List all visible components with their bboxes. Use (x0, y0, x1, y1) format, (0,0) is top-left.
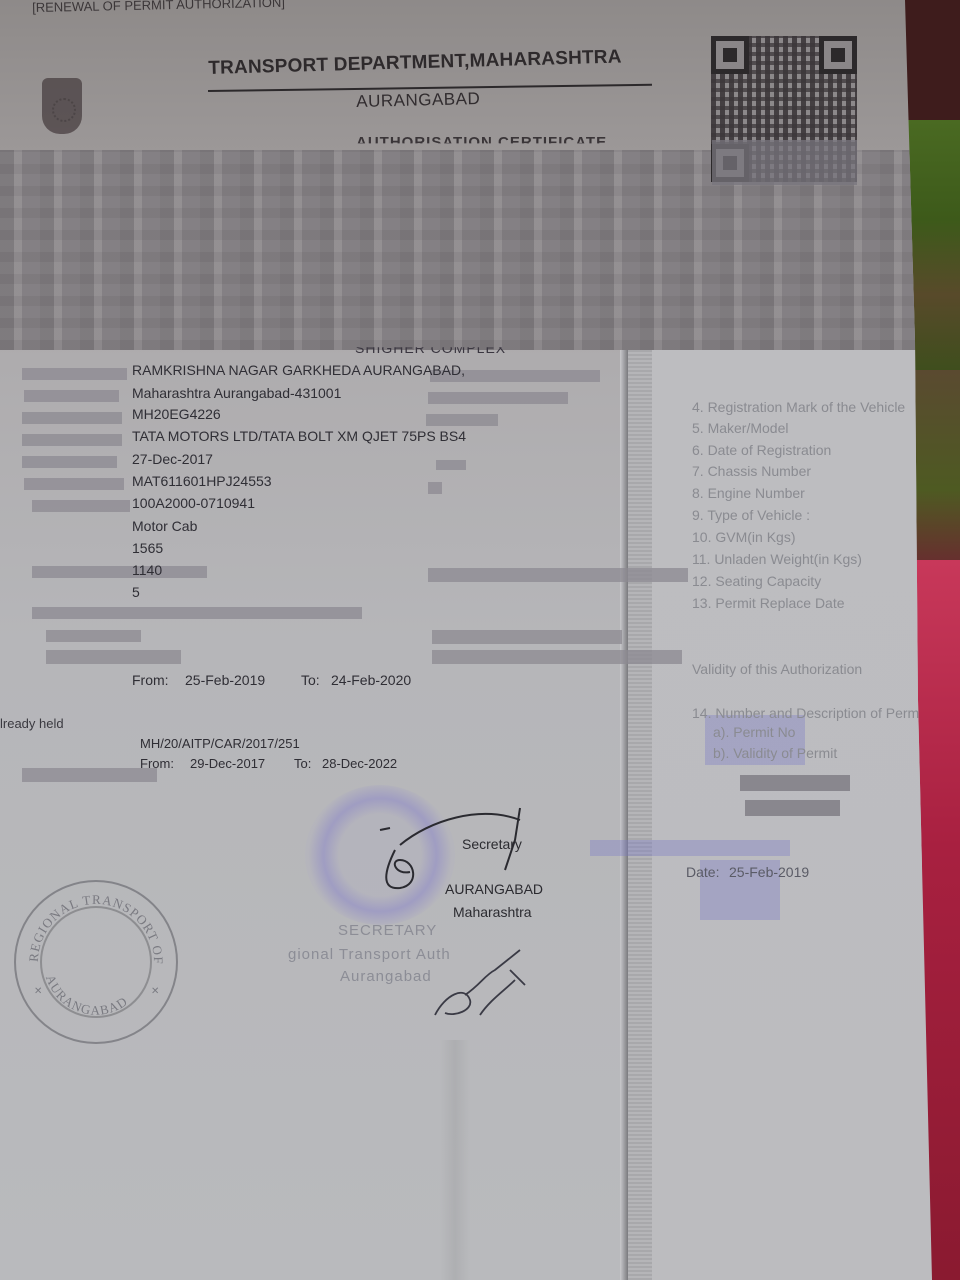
already-held-label: lready held (0, 716, 64, 731)
svg-text:REGIONAL TRANSPORT OFFICE: REGIONAL TRANSPORT OFFICE (16, 882, 166, 965)
permit-to-label: To: (294, 756, 311, 771)
background-dark (900, 0, 960, 135)
auth-to-date: 24-Feb-2020 (331, 672, 411, 688)
auth-from-label: From: (132, 672, 169, 688)
unladen-weight-value: 1140 (132, 562, 162, 578)
permit-from-label: From: (140, 756, 174, 771)
state-emblem-icon (42, 78, 82, 134)
redacted-text (740, 775, 850, 791)
stamp-city: Aurangabad (340, 968, 432, 985)
redacted-label (24, 390, 119, 402)
redacted-text (426, 414, 498, 426)
redacted-label (46, 650, 181, 664)
department-title: TRANSPORT DEPARTMENT,MAHARASHTRA (208, 46, 622, 80)
auth-from-date: 25-Feb-2019 (185, 672, 265, 688)
redacted-label (22, 368, 127, 380)
permit-from-date: 29-Dec-2017 (190, 756, 265, 771)
label-vehicle-type: 9. Type of Vehicle : (692, 507, 810, 523)
signatory-state: Maharashtra (453, 904, 532, 920)
registration-date-value: 27-Dec-2017 (132, 451, 213, 467)
secretary-title: Secretary (462, 836, 522, 852)
initials-signature-icon (425, 945, 535, 1025)
redacted-stamp (590, 840, 790, 856)
gvm-value: 1565 (132, 540, 163, 556)
paper-fold-band (628, 350, 652, 1280)
redacted-text (432, 650, 682, 664)
redacted-label (22, 768, 157, 782)
rto-seal-icon: REGIONAL TRANSPORT OFFICE AURANGABAD ✕ ✕ (14, 880, 178, 1044)
redacted-label (46, 630, 141, 642)
label-registration-date: 6. Date of Registration (692, 442, 831, 458)
stamp-secretary: SECRETARY (338, 922, 437, 939)
label-unladen-weight: 11. Unladen Weight(in Kgs) (692, 551, 862, 567)
permit-to-date: 28-Dec-2022 (322, 756, 397, 771)
redacted-text (428, 482, 442, 494)
seal-bottom-text: AURANGABAD (43, 973, 131, 1018)
redacted-block (712, 140, 857, 185)
renewal-note: [RENEWAL OF PERMIT AUTHORIZATION] (32, 0, 285, 15)
label-permit-validity: b). Validity of Permit (713, 745, 837, 761)
label-registration-mark: 4. Registration Mark of the Vehicle (692, 399, 905, 415)
redacted-label (22, 412, 122, 424)
address-line-2: Maharashtra Aurangabad-431001 (132, 385, 341, 401)
permit-document: [RENEWAL OF PERMIT AUTHORIZATION] TRANSP… (0, 0, 922, 1280)
label-permit-description: 14. Number and Description of Permit a (692, 705, 938, 721)
redacted-label (22, 434, 122, 446)
label-engine-number: 8. Engine Number (692, 485, 805, 501)
issue-date: 25-Feb-2019 (729, 864, 809, 880)
registration-mark-value: MH20EG4226 (132, 406, 221, 422)
redacted-label (24, 478, 124, 490)
label-seating-capacity: 12. Seating Capacity (692, 573, 821, 589)
redacted-label (32, 566, 207, 578)
label-gvm: 10. GVM(in Kgs) (692, 529, 795, 545)
address-line-1: RAMKRISHNA NAGAR GARKHEDA AURANGABAD, (132, 362, 465, 378)
redacted-label (22, 456, 117, 468)
permit-number-value: MH/20/AITP/CAR/2017/251 (140, 736, 300, 751)
redacted-text (436, 460, 466, 470)
maker-model-value: TATA MOTORS LTD/TATA BOLT XM QJET 75PS B… (132, 428, 466, 444)
redacted-label (32, 500, 130, 512)
redacted-text (428, 568, 688, 582)
vehicle-type-value: Motor Cab (132, 518, 197, 534)
redacted-text (745, 800, 840, 816)
office-city: AURANGABAD (356, 89, 480, 112)
seal-outer-text: REGIONAL TRANSPORT OFFICE (16, 882, 166, 965)
label-permit-replace-date: 13. Permit Replace Date (692, 595, 845, 611)
paper-crease (440, 1040, 470, 1280)
redacted-text (428, 392, 568, 404)
auth-to-label: To: (301, 672, 320, 688)
engine-number-value: 100A2000-0710941 (132, 495, 255, 511)
date-label: Date: (686, 864, 719, 880)
paper-fold (620, 350, 628, 1280)
label-authorization-validity: Validity of this Authorization (692, 661, 862, 677)
svg-text:✕: ✕ (34, 986, 42, 997)
redacted-text (432, 630, 622, 644)
signatory-city: AURANGABAD (445, 881, 543, 897)
label-maker-model: 5. Maker/Model (692, 420, 788, 436)
redacted-label (32, 607, 362, 619)
certificate-title: AUTHORISATION CERTIFICATE (356, 134, 607, 151)
chassis-number-value: MAT611601HPJ24553 (132, 473, 272, 489)
label-chassis-number: 7. Chassis Number (692, 463, 811, 479)
seating-capacity-value: 5 (132, 584, 140, 600)
svg-text:AURANGABAD: AURANGABAD (43, 973, 131, 1018)
label-permit-no: a). Permit No (713, 724, 795, 740)
svg-text:✕: ✕ (151, 986, 159, 997)
